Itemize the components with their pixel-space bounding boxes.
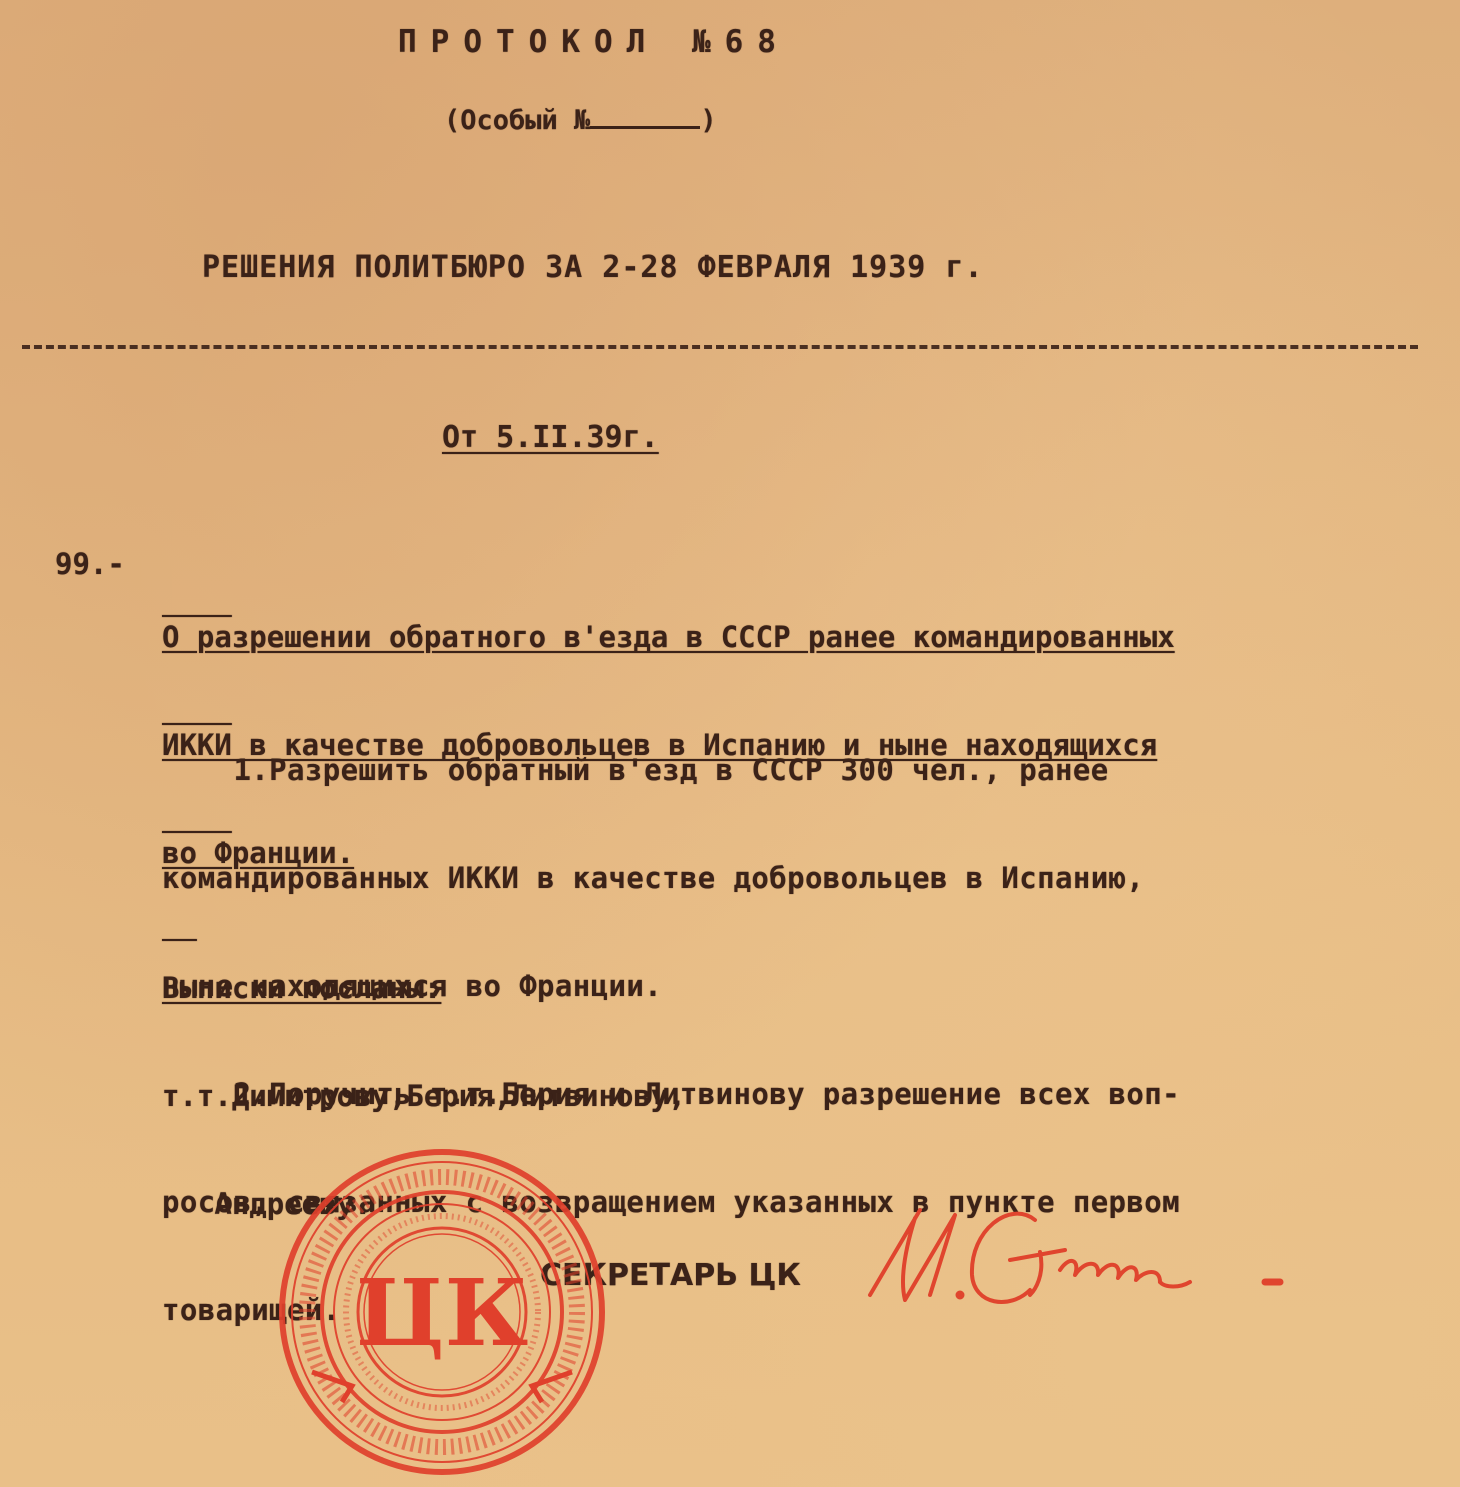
special-prefix: (Особый № (444, 105, 590, 136)
excerpts-label: Выписки посланы: (162, 970, 686, 1006)
item-title-line: О разрешении обратного в'езда в СССР ран… (162, 619, 1175, 655)
body-line: командированных ИККИ в качестве добровол… (162, 860, 1180, 896)
item-number: 99.- (55, 547, 125, 581)
excerpts-recipients: т.т.Димитрову,Берия,Литвинову, (162, 1078, 686, 1114)
cc-seal-stamp: ЦК (272, 1140, 612, 1480)
special-suffix: ) (700, 105, 716, 136)
body-line: 1.Разрешить обратный в'езд в СССР 300 че… (162, 752, 1180, 788)
decision-date: От 5.II.39г. (442, 420, 659, 455)
handwritten-signature (860, 1190, 1300, 1330)
special-number-blank (590, 104, 700, 129)
protocol-title: ПРОТОКОЛ №68 (398, 24, 790, 60)
divider-rule (22, 345, 1418, 349)
special-number-line: (Особый №) (444, 104, 717, 136)
decisions-heading: РЕШЕНИЯ ПОЛИТБЮРО ЗА 2-28 ФЕВРАЛЯ 1939 г… (202, 250, 984, 285)
document-page: ПРОТОКОЛ №68 (Особый №) РЕШЕНИЯ ПОЛИТБЮР… (0, 0, 1460, 1487)
seal-center-text: ЦК (356, 1259, 529, 1367)
